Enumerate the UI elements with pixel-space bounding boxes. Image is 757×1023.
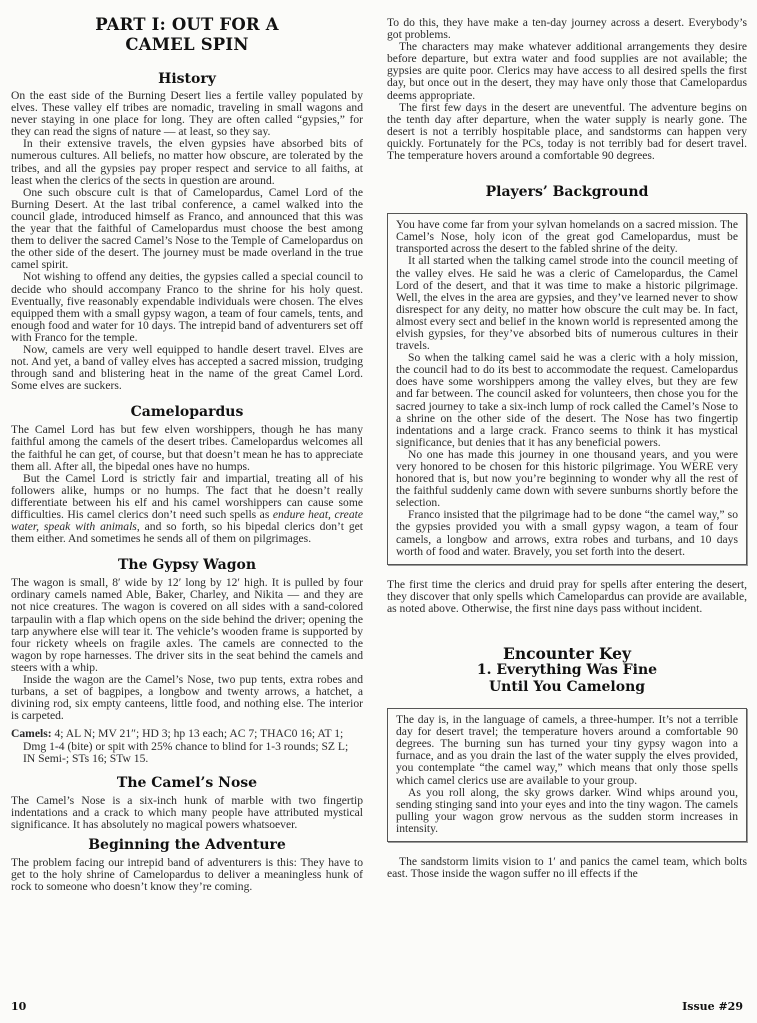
encounter-subheading-2: Until You Camelong bbox=[387, 679, 747, 696]
encounter-box: The day is, in the language of camels, a… bbox=[387, 708, 747, 842]
right-column: To do this, they have make a ten-day jou… bbox=[387, 0, 747, 880]
encounter-subheading-1: 1. Everything Was Fine bbox=[387, 662, 747, 679]
nose-p1: The Camel’s Nose is a six-inch hunk of m… bbox=[11, 795, 363, 831]
history-p1: On the east side of the Burning Desert l… bbox=[11, 90, 363, 138]
encounter-box-p1: The day is, in the language of camels, a… bbox=[396, 714, 738, 787]
players-p1: You have come far from your sylvan homel… bbox=[396, 219, 738, 255]
history-p2: In their extensive travels, the elven gy… bbox=[11, 138, 363, 186]
heading-beginning-adventure: Beginning the Adventure bbox=[11, 837, 363, 854]
camelopardus-p2: But the Camel Lord is strictly fair and … bbox=[11, 473, 363, 546]
history-p3: One such obscure cult is that of Camelop… bbox=[11, 187, 363, 272]
wagon-p2: Inside the wagon are the Camel’s Nose, t… bbox=[11, 674, 363, 722]
camels-stat-block: Camels: 4; AL N; MV 21″; HD 3; hp 13 eac… bbox=[11, 728, 363, 764]
heading-encounter-key: Encounter Key bbox=[387, 645, 747, 662]
encounter-box-p2: As you roll along, the sky grows darker.… bbox=[396, 787, 738, 835]
heading-camelopardus: Camelopardus bbox=[11, 404, 363, 421]
players-p4: No one has made this journey in one thou… bbox=[396, 449, 738, 509]
right-p4: The first time the clerics and druid pra… bbox=[387, 579, 747, 615]
left-column: PART I: OUT FOR A CAMEL SPIN History On … bbox=[11, 0, 363, 893]
players-p2: It all started when the talking camel st… bbox=[396, 255, 738, 352]
players-background-box: You have come far from your sylvan homel… bbox=[387, 213, 747, 565]
right-p1: To do this, they have make a ten-day jou… bbox=[387, 17, 747, 41]
heading-players-background: Players’ Background bbox=[387, 184, 747, 201]
encounter-after-p: The sandstorm limits vision to 1′ and pa… bbox=[387, 856, 747, 880]
history-p5: Now, camels are very well equipped to ha… bbox=[11, 344, 363, 392]
players-p5: Franco insisted that the pilgrimage had … bbox=[396, 509, 738, 557]
page-number: 10 bbox=[11, 1000, 26, 1013]
history-p4: Not wishing to offend any deities, the g… bbox=[11, 271, 363, 344]
heading-history: History bbox=[11, 71, 363, 88]
part-title: PART I: OUT FOR A CAMEL SPIN bbox=[11, 15, 363, 55]
right-p2: The characters may make whatever additio… bbox=[387, 41, 747, 101]
issue-label: Issue #29 bbox=[682, 1000, 743, 1013]
right-p3: The first few days in the desert are une… bbox=[387, 102, 747, 162]
wagon-p1: The wagon is small, 8′ wide by 12′ long … bbox=[11, 577, 363, 674]
camelopardus-p1: The Camel Lord has but few elven worship… bbox=[11, 424, 363, 472]
beginning-p1: The problem facing our intrepid band of … bbox=[11, 857, 363, 893]
heading-camels-nose: The Camel’s Nose bbox=[11, 775, 363, 792]
players-p3: So when the talking camel said he was a … bbox=[396, 352, 738, 449]
heading-gypsy-wagon: The Gypsy Wagon bbox=[11, 557, 363, 574]
